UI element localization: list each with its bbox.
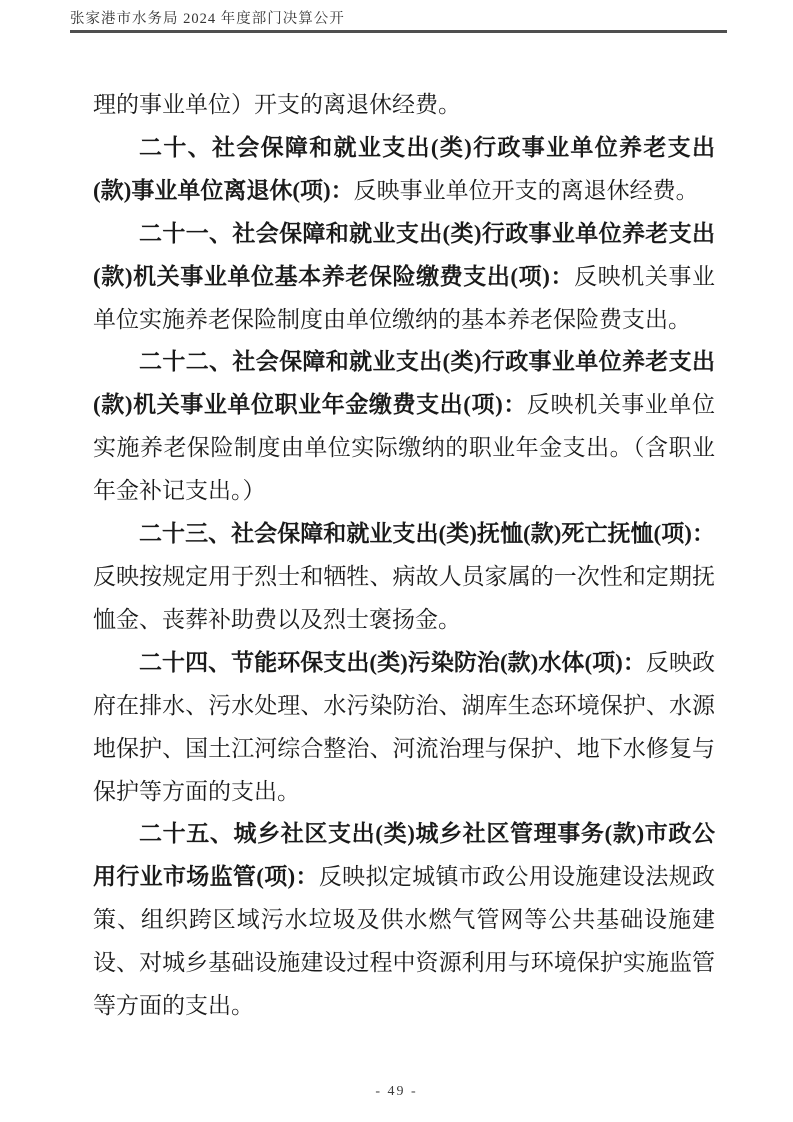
paragraph-21: 二十一、社会保障和就业支出(类)行政事业单位养老支出(款)机关事业单位基本养老保… [93,213,715,342]
paragraph-24: 二十四、节能环保支出(类)污染防治(款)水体(项)：反映政府在排水、污水处理、水… [93,642,715,814]
document-page: 张家港市水务局 2024 年度部门决算公开 理的事业单位）开支的离退休经费。 二… [0,0,793,1122]
page-number: - 49 - [375,1084,417,1099]
header-rule [70,30,727,33]
paragraph-text: 理的事业单位）开支的离退休经费。 [93,92,461,117]
paragraph-heading: 二十四、节能环保支出(类)污染防治(款)水体(项)： [139,650,646,675]
paragraph-text: 反映事业单位开支的离退休经费。 [354,178,699,203]
paragraph-25: 二十五、城乡社区支出(类)城乡社区管理事务(款)市政公用行业市场监管(项)：反映… [93,813,715,1028]
paragraph-heading: 二十三、社会保障和就业支出(类)抚恤(款)死亡抚恤(项)： [139,521,715,546]
page-header: 张家港市水务局 2024 年度部门决算公开 [70,11,727,33]
paragraph-22: 二十二、社会保障和就业支出(类)行政事业单位养老支出(款)机关事业单位职业年金缴… [93,341,715,513]
paragraph-20: 二十、社会保障和就业支出(类)行政事业单位养老支出(款)事业单位离退休(项)：反… [93,127,715,213]
paragraph-continuation: 理的事业单位）开支的离退休经费。 [93,84,715,127]
header-title: 张家港市水务局 2024 年度部门决算公开 [70,11,727,27]
paragraph-text: 反映按规定用于烈士和牺牲、病故人员家属的一次性和定期抚恤金、丧葬补助费以及烈士褒… [93,564,715,632]
page-footer: - 49 - [0,1082,793,1100]
paragraph-23: 二十三、社会保障和就业支出(类)抚恤(款)死亡抚恤(项)：反映按规定用于烈士和牺… [93,513,715,642]
document-body: 理的事业单位）开支的离退休经费。 二十、社会保障和就业支出(类)行政事业单位养老… [93,84,715,1028]
